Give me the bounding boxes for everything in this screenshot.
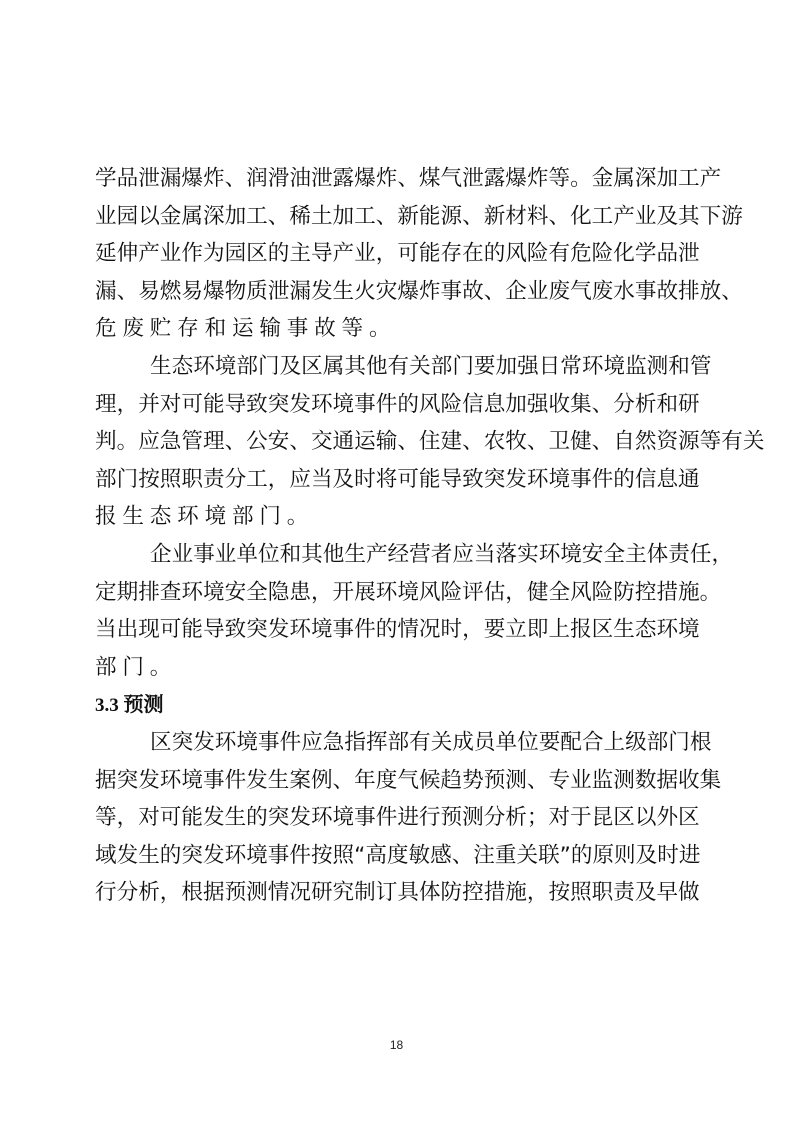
text-line: 等，对可能发生的突发环境事件进行预测分析；对于昆区以外区: [95, 799, 699, 837]
text-line: 定期排查环境安全隐患，开展环境风险评估，健全风险防控措施。: [95, 574, 699, 612]
text-line: 行分析，根据预测情况研究制订具体防控措施，按照职责及早做: [95, 874, 699, 912]
text-line: 理，并对可能导致突发环境事件的风险信息加强收集、分析和研: [95, 386, 699, 424]
paragraph-monitoring: 生态环境部门及区属其他有关部门要加强日常环境监测和管 理，并对可能导致突发环境事…: [95, 348, 699, 536]
text-line: 当出现可能导致突发环境事件的情况时，要立即上报区生态环境: [95, 611, 699, 649]
text-line: 学品泄漏爆炸、润滑油泄露爆炸、煤气泄露爆炸等。金属深加工产: [95, 160, 699, 198]
text-line: 延伸产业作为园区的主导产业，可能存在的风险有危险化学品泄: [95, 235, 699, 273]
paragraph-hazards-continued: 学品泄漏爆炸、润滑油泄露爆炸、煤气泄露爆炸等。金属深加工产 业园以金属深加工、稀…: [95, 160, 699, 348]
text-line: 企业事业单位和其他生产经营者应当落实环境安全主体责任，: [95, 536, 699, 574]
paragraph-enterprise-responsibility: 企业事业单位和其他生产经营者应当落实环境安全主体责任， 定期排查环境安全隐患，开…: [95, 536, 699, 686]
text-line: 部门。: [95, 649, 699, 687]
text-line: 判。应急管理、公安、交通运输、住建、农牧、卫健、自然资源等有关: [95, 423, 699, 461]
text-line: 生态环境部门及区属其他有关部门要加强日常环境监测和管: [95, 348, 699, 386]
text-line: 区突发环境事件应急指挥部有关成员单位要配合上级部门根: [95, 724, 699, 762]
section-number: 3.3: [95, 695, 119, 716]
section-title: 预测: [124, 692, 164, 716]
text-line: 据突发环境事件发生案例、年度气候趋势预测、专业监测数据收集: [95, 762, 699, 800]
paragraph-prediction: 区突发环境事件应急指挥部有关成员单位要配合上级部门根 据突发环境事件发生案例、年…: [95, 724, 699, 912]
page-number: 18: [0, 1038, 793, 1052]
text-line: 业园以金属深加工、稀土加工、新能源、新材料、化工产业及其下游: [95, 198, 699, 236]
section-heading: 3.3 预测: [95, 686, 699, 724]
text-line: 部门按照职责分工，应当及时将可能导致突发环境事件的信息通: [95, 461, 699, 499]
text-line: 域发生的突发环境事件按照“高度敏感、注重关联”的原则及时进: [95, 837, 699, 875]
text-line: 危废贮存和运输事故等。: [95, 310, 699, 348]
text-line: 漏、易燃易爆物质泄漏发生火灾爆炸事故、企业废气废水事故排放、: [95, 273, 699, 311]
text-line: 报生态环境部门。: [95, 498, 699, 536]
document-page: 学品泄漏爆炸、润滑油泄露爆炸、煤气泄露爆炸等。金属深加工产 业园以金属深加工、稀…: [95, 160, 699, 912]
